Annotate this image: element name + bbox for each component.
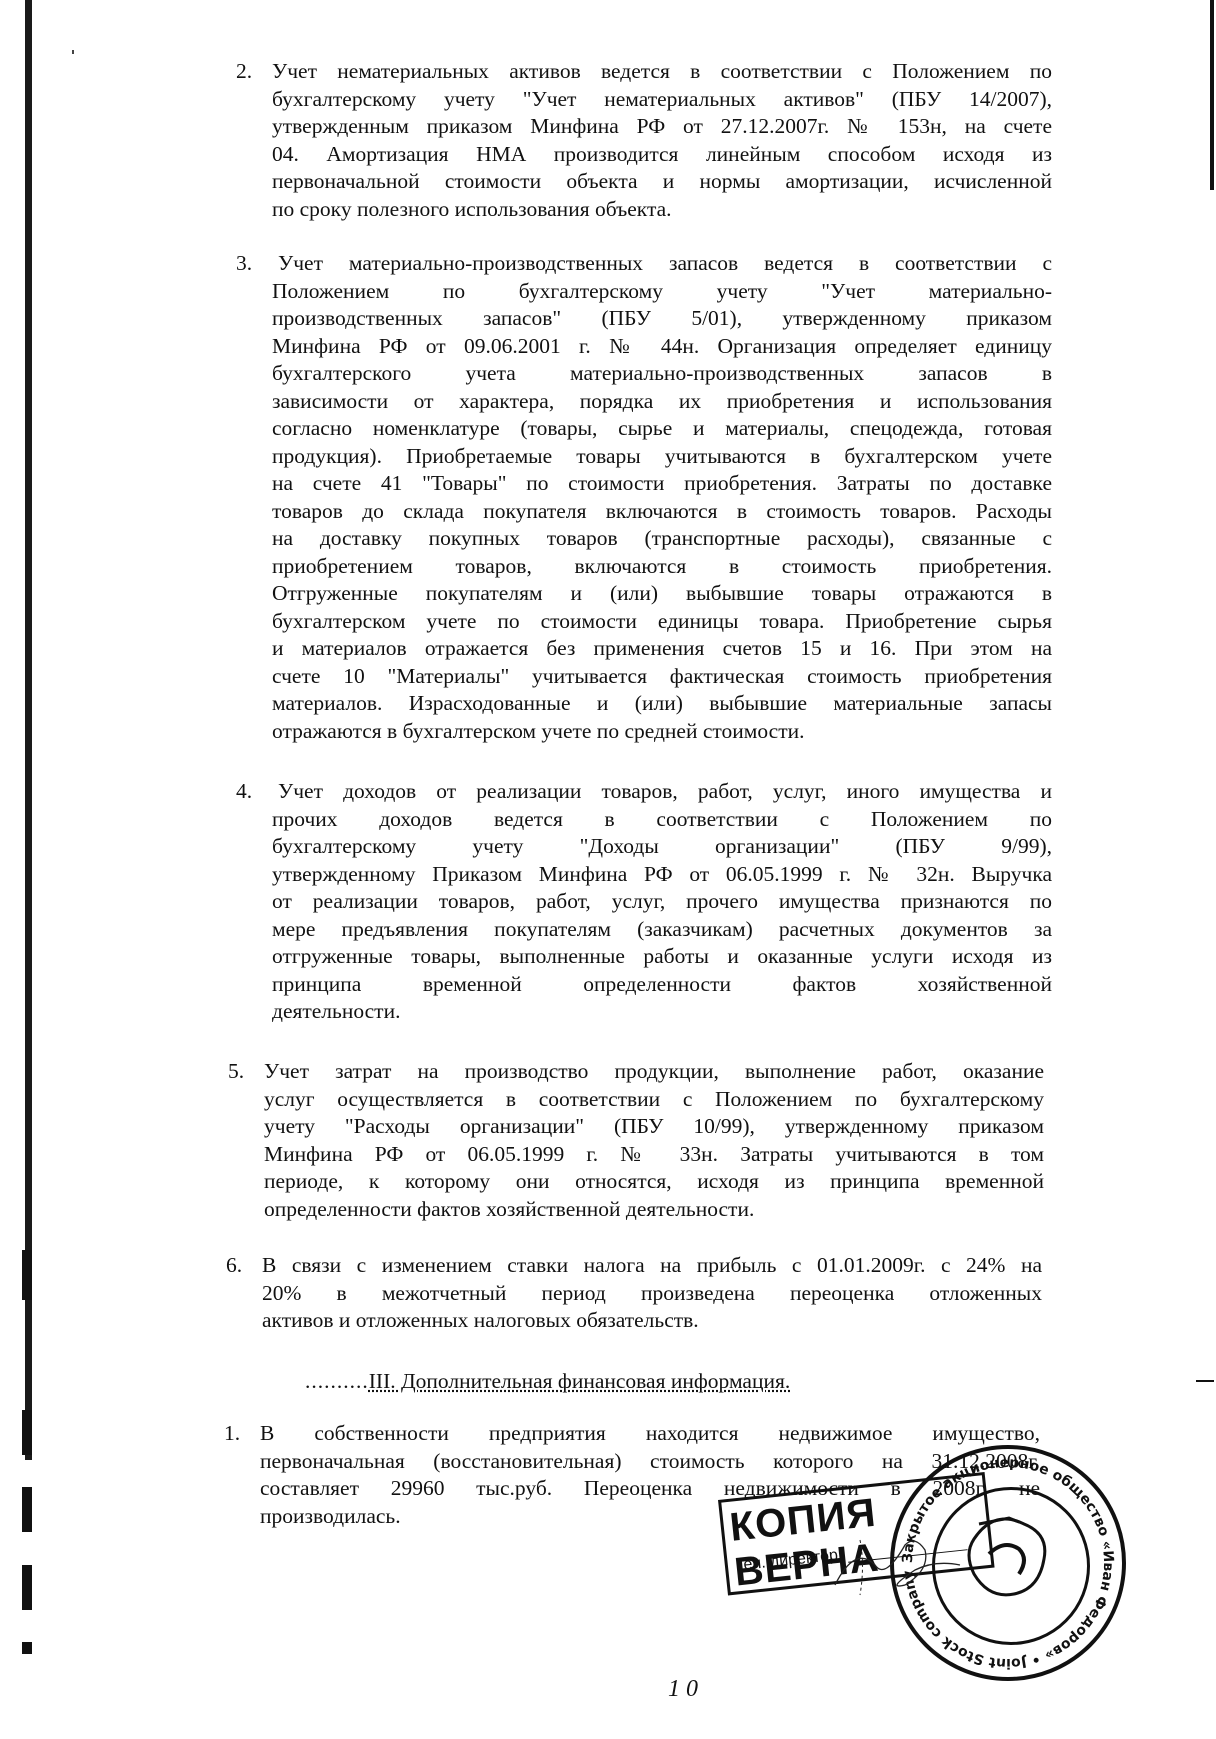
item-number: 2. bbox=[236, 58, 252, 86]
text-line: Минфина РФ от 06.05.1999 г. № 33н. Затра… bbox=[264, 1141, 1044, 1169]
text-line: 04. Амортизация НМА производится линейны… bbox=[272, 141, 1052, 169]
item-number: 6. bbox=[226, 1252, 242, 1280]
text-line: бухгалтерскому учету "Учет нематериальны… bbox=[272, 86, 1052, 114]
text-line: Учет затрат на производство продукции, в… bbox=[264, 1058, 1044, 1086]
text-line: согласно номенклатуре (товары, сырье и м… bbox=[272, 415, 1052, 443]
text-line: по сроку полезного использования объекта… bbox=[272, 196, 1052, 224]
text-line: мере предъявления покупателям (заказчика… bbox=[272, 916, 1052, 944]
item-text: В связи с изменением ставки налога на пр… bbox=[262, 1252, 1042, 1335]
scan-speck bbox=[72, 50, 74, 54]
text-line: деятельности. bbox=[272, 998, 1052, 1026]
item-text: Учет доходов от реализации товаров, рабо… bbox=[272, 778, 1052, 1026]
text-line: Учет материально-производственных запасо… bbox=[272, 250, 1052, 278]
text-line: на счете 41 "Товары" по стоимости приобр… bbox=[272, 470, 1052, 498]
text-line: отражаются в бухгалтерском учете по сред… bbox=[272, 718, 1052, 746]
text-line: зависимости от характера, порядка их при… bbox=[272, 388, 1052, 416]
text-line: приобретением товаров, включаются в стои… bbox=[272, 553, 1052, 581]
item-text: Учет материально-производственных запасо… bbox=[272, 250, 1052, 745]
section-heading: ..........III. Дополнительная финансовая… bbox=[305, 1368, 790, 1395]
policy-item-6: 6. В связи с изменением ставки налога на… bbox=[226, 1252, 1046, 1335]
text-line: товаров до склада покупателя включаются … bbox=[272, 498, 1052, 526]
text-line: В связи с изменением ставки налога на пр… bbox=[262, 1252, 1042, 1280]
text-line: утвержденному Приказом Минфина РФ от 06.… bbox=[272, 861, 1052, 889]
item-number: 1. bbox=[224, 1420, 240, 1448]
policy-item-4: 4. Учет доходов от реализации товаров, р… bbox=[236, 778, 1056, 1026]
scan-mark bbox=[22, 1410, 32, 1455]
policy-item-3: 3. Учет материально-производственных зап… bbox=[236, 250, 1056, 745]
scan-mark bbox=[22, 1250, 32, 1300]
text-line: Учет доходов от реализации товаров, рабо… bbox=[272, 778, 1052, 806]
text-line: Учет нематериальных активов ведется в со… bbox=[272, 58, 1052, 86]
scan-edge-right bbox=[1210, 0, 1214, 190]
text-line: услуг осуществляется в соответствии с По… bbox=[264, 1086, 1044, 1114]
text-line: бухгалтерского учета материально-произво… bbox=[272, 360, 1052, 388]
text-line: первоначальной стоимости объекта и нормы… bbox=[272, 168, 1052, 196]
text-line: прочих доходов ведется в соответствии с … bbox=[272, 806, 1052, 834]
item-number: 4. bbox=[236, 778, 252, 806]
item-text: Учет затрат на производство продукции, в… bbox=[264, 1058, 1044, 1223]
text-line: бухгалтерскому учету "Доходы организации… bbox=[272, 833, 1052, 861]
text-line: от реализации товаров, работ, услуг, про… bbox=[272, 888, 1052, 916]
text-line: производственных запасов" (ПБУ 5/01), ут… bbox=[272, 305, 1052, 333]
policy-item-2: 2. Учет нематериальных активов ведется в… bbox=[236, 58, 1056, 223]
text-line: В собственности предприятия находится не… bbox=[260, 1420, 1040, 1448]
text-line: учету "Расходы организации" (ПБУ 10/99),… bbox=[264, 1113, 1044, 1141]
text-line: определенности фактов хозяйственной деят… bbox=[264, 1196, 1044, 1224]
text-line: 20% в межотчетный период произведена пер… bbox=[262, 1280, 1042, 1308]
text-line: принципа временной определенности фактов… bbox=[272, 971, 1052, 999]
scan-edge-left bbox=[25, 0, 32, 1460]
text-line: Минфина РФ от 09.06.2001 г. № 44н. Орган… bbox=[272, 333, 1052, 361]
text-line: Положением по бухгалтерскому учету "Учет… bbox=[272, 278, 1052, 306]
item-text: Учет нематериальных активов ведется в со… bbox=[272, 58, 1052, 223]
scan-mark bbox=[22, 1487, 32, 1532]
scan-mark bbox=[22, 1642, 32, 1654]
text-line: счете 10 "Материалы" учитывается фактиче… bbox=[272, 663, 1052, 691]
heading-title: III. Дополнительная финансовая информаци… bbox=[369, 1369, 791, 1393]
policy-item-5: 5. Учет затрат на производство продукции… bbox=[228, 1058, 1048, 1223]
text-line: продукция). Приобретаемые товары учитыва… bbox=[272, 443, 1052, 471]
item-number: 5. bbox=[228, 1058, 244, 1086]
item-number: 3. bbox=[236, 250, 252, 278]
text-line: утвержденным приказом Минфина РФ от 27.1… bbox=[272, 113, 1052, 141]
text-line: и материалов отражается без применения с… bbox=[272, 635, 1052, 663]
signature-icon bbox=[830, 1530, 970, 1600]
text-line: на доставку покупных товаров (транспортн… bbox=[272, 525, 1052, 553]
page-number: 10 bbox=[668, 1676, 704, 1703]
text-line: бухгалтерском учете по стоимости единицы… bbox=[272, 608, 1052, 636]
heading-dots: .......... bbox=[305, 1369, 369, 1393]
text-line: материалов. Израсходованные и (или) выбы… bbox=[272, 690, 1052, 718]
scan-mark bbox=[22, 1565, 32, 1610]
text-line: периоде, к которому они относятся, исход… bbox=[264, 1168, 1044, 1196]
text-line: отгруженные товары, выполненные работы и… bbox=[272, 943, 1052, 971]
text-line: активов и отложенных налоговых обязатель… bbox=[262, 1307, 1042, 1335]
scan-dash bbox=[1196, 1380, 1214, 1382]
text-line: Отгруженные покупателям и (или) выбывшие… bbox=[272, 580, 1052, 608]
